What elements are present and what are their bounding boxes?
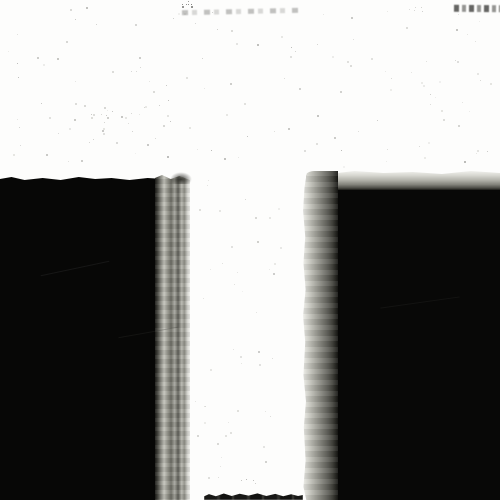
noise-dot: [476, 153, 477, 154]
noise-dot: [228, 422, 229, 423]
noise-dot: [430, 94, 431, 95]
noise-dot: [220, 466, 221, 467]
noise-dot: [197, 149, 198, 150]
noise-dot: [455, 60, 456, 61]
noise-dot: [74, 119, 76, 121]
noise-dot: [490, 83, 492, 85]
noise-dot: [304, 150, 306, 152]
noise-dot: [255, 483, 256, 484]
noise-dot: [207, 185, 208, 186]
noise-dot: [168, 100, 169, 101]
noise-dot: [159, 105, 160, 106]
noise-dot: [189, 127, 191, 129]
noise-dot: [231, 30, 233, 32]
noise-dot: [317, 44, 318, 45]
noise-dot: [91, 114, 92, 115]
noise-dot: [197, 435, 199, 437]
noise-dot: [70, 9, 72, 11]
noise-dot: [195, 23, 196, 24]
noise-dot: [217, 29, 218, 30]
noise-dot: [8, 51, 9, 52]
noise-dot: [419, 146, 420, 147]
noise-dot: [237, 410, 239, 412]
noise-dot: [212, 12, 213, 13]
noise-dot: [255, 217, 257, 219]
noise-dot: [155, 138, 156, 139]
noise-dot: [135, 24, 137, 26]
noise-dot: [391, 78, 392, 79]
noise-dot: [343, 166, 345, 168]
noise-dot: [128, 123, 129, 124]
noise-dot: [107, 110, 108, 111]
noise-dot: [104, 122, 105, 123]
noise-dot: [178, 13, 180, 15]
noise-dot: [75, 81, 76, 82]
noise-dot: [226, 114, 228, 116]
noise-dot: [182, 4, 183, 5]
noise-dot: [458, 14, 459, 15]
noise-dot: [464, 161, 466, 163]
noise-dot: [414, 10, 415, 11]
noise-dot: [75, 19, 76, 20]
noise-dot: [19, 127, 20, 128]
noise-dot: [290, 56, 292, 58]
noise-dot: [230, 83, 232, 85]
noise-dot: [358, 131, 359, 132]
noise-dot: [218, 477, 219, 478]
noise-dot: [224, 158, 226, 160]
noise-dot: [163, 125, 165, 127]
noise-dot: [170, 121, 171, 122]
noise-dot: [353, 39, 354, 40]
noise-dot: [188, 1, 189, 2]
noise-dot: [112, 71, 114, 73]
noise-dot: [390, 89, 392, 91]
noise-dot: [477, 73, 479, 75]
noise-dot: [269, 217, 271, 219]
noise-dot: [131, 113, 132, 114]
noise-dot: [13, 154, 15, 156]
noise-dot: [422, 11, 423, 12]
noise-dot: [240, 356, 242, 358]
noise-dot: [208, 180, 209, 181]
noise-dot: [247, 136, 248, 137]
noise-dot: [96, 24, 97, 25]
noise-dot: [41, 103, 42, 104]
noise-dot: [125, 117, 127, 119]
noise-dot: [435, 97, 436, 98]
noise-dot: [69, 128, 71, 130]
noise-dot: [291, 47, 292, 48]
noise-dot: [153, 91, 155, 93]
noise-dot: [225, 435, 227, 437]
noise-dot: [132, 131, 133, 132]
noise-dot: [102, 130, 104, 132]
noise-dot: [278, 208, 280, 210]
noise-dot: [222, 263, 223, 264]
noise-dot: [208, 477, 210, 479]
noise-dot: [274, 131, 275, 132]
noise-dot: [347, 61, 349, 63]
noise-dot: [424, 157, 426, 159]
noise-dot: [477, 150, 479, 152]
noise-dot: [191, 6, 193, 8]
noise-dot: [46, 154, 48, 156]
noise-dot: [256, 312, 257, 313]
noise-dot: [457, 61, 459, 63]
noise-dot: [75, 103, 77, 105]
noise-dot: [241, 363, 242, 364]
noise-dot: [487, 151, 488, 152]
noise-dot: [316, 143, 318, 145]
noise-dot: [84, 105, 86, 107]
noise-dot: [236, 43, 238, 45]
noise-dot: [334, 137, 336, 139]
noise-dot: [428, 142, 430, 144]
noise-dot: [49, 117, 51, 119]
noise-dot: [210, 369, 212, 371]
noise-dot: [107, 117, 109, 119]
noise-dot: [37, 57, 39, 59]
noise-dot: [135, 153, 136, 154]
noise-dot: [238, 157, 239, 158]
noise-dot: [199, 209, 201, 211]
noise-dot: [112, 111, 113, 112]
noise-dot: [203, 298, 204, 299]
noise-dot: [139, 114, 140, 115]
noise-dot: [231, 246, 233, 248]
noise-dot: [89, 142, 90, 143]
noise-dot: [257, 241, 259, 243]
noise-dot: [317, 115, 319, 117]
noise-dot: [475, 41, 476, 42]
noise-dot: [147, 144, 149, 146]
noise-dot: [93, 114, 95, 116]
noise-dot: [58, 133, 59, 134]
noise-dot: [439, 81, 441, 83]
noise-dot: [237, 272, 238, 273]
noise-dot: [91, 117, 93, 119]
noise-dot: [121, 116, 123, 118]
noise-dot: [467, 34, 468, 35]
noise-dot: [101, 114, 102, 115]
noise-dot: [281, 36, 283, 38]
noise-dot: [210, 269, 211, 270]
noise-dot: [57, 58, 59, 60]
noise-dot: [182, 6, 184, 8]
noise-dot: [93, 139, 94, 140]
noise-dot: [234, 284, 235, 285]
noise-dot: [139, 57, 141, 59]
noise-dot: [167, 156, 169, 158]
noise-dot: [221, 457, 222, 458]
noise-dot: [242, 291, 243, 292]
noise-dot: [265, 461, 267, 463]
noise-dot: [284, 78, 285, 79]
noise-dot: [81, 160, 83, 162]
noise-dot: [259, 364, 261, 366]
noise-dot: [131, 71, 132, 72]
noise-dot: [246, 479, 247, 480]
noise-dot: [332, 56, 334, 58]
noise-dot: [350, 65, 352, 67]
noise-dot: [263, 446, 265, 448]
noise-dot: [20, 145, 21, 146]
noise-dot: [149, 81, 150, 82]
noise-dot: [253, 480, 254, 481]
noise-dot: [17, 63, 18, 64]
noise-dot: [195, 401, 196, 402]
noise-dot: [406, 27, 408, 29]
noise-dot: [387, 11, 388, 12]
noise-dot: [441, 110, 443, 112]
noise-dot: [43, 64, 45, 66]
noise-dot: [458, 125, 460, 127]
noise-dot: [340, 91, 342, 93]
noise-dot: [323, 14, 324, 15]
noise-dot: [377, 120, 378, 121]
noise-dot: [274, 263, 276, 265]
noise-dot: [103, 133, 105, 135]
noise-dot: [469, 111, 470, 112]
noise-dot: [423, 85, 425, 87]
noise-dot: [140, 67, 141, 68]
noise-dot: [186, 77, 188, 79]
noise-dot: [17, 119, 18, 120]
noise-dot: [421, 7, 422, 8]
noise-dot: [166, 85, 167, 86]
noise-dot: [233, 349, 234, 350]
noise-dot: [244, 103, 246, 105]
noise-dot: [202, 58, 203, 59]
noise-dot: [273, 273, 275, 275]
noise-dot: [184, 13, 186, 15]
noise-dot: [385, 71, 386, 72]
noise-dot: [204, 88, 205, 89]
noise-dot: [68, 161, 69, 162]
noise-dot: [86, 7, 88, 9]
noise-dot: [269, 269, 270, 270]
scanned-page-photo: [0, 0, 500, 500]
noise-dot: [386, 161, 387, 162]
noise-dot: [211, 150, 212, 151]
noise-dot: [258, 351, 260, 353]
noise-dot: [17, 34, 18, 35]
noise-dot: [341, 150, 342, 151]
noise-dot: [265, 411, 266, 412]
noise-dot: [104, 107, 106, 109]
noise-dot: [415, 7, 416, 8]
noise-dot: [480, 80, 481, 81]
noise-dot: [241, 480, 242, 481]
noise-dot: [66, 41, 68, 43]
noise-dot: [204, 422, 206, 424]
noise-dot: [426, 61, 427, 62]
noise-dot: [219, 210, 221, 212]
noise-dot: [387, 149, 388, 150]
noise-dot: [409, 9, 410, 10]
noise-dot: [136, 71, 137, 72]
noise-dot: [245, 199, 246, 200]
noise-dot: [299, 88, 301, 90]
speckle-noise: [0, 0, 500, 500]
noise-dot: [116, 142, 118, 144]
noise-dot: [351, 17, 353, 19]
noise-dot: [371, 58, 373, 60]
noise-dot: [217, 443, 219, 445]
noise-dot: [421, 82, 423, 84]
noise-dot: [456, 29, 458, 31]
noise-dot: [188, 4, 189, 5]
noise-dot: [173, 18, 174, 19]
noise-dot: [270, 416, 271, 417]
noise-dot: [443, 119, 445, 121]
noise-dot: [430, 104, 431, 105]
noise-dot: [257, 44, 259, 46]
noise-dot: [272, 358, 273, 359]
noise-dot: [479, 21, 480, 22]
noise-dot: [167, 115, 169, 117]
noise-dot: [18, 77, 19, 78]
noise-dot: [411, 72, 412, 73]
noise-dot: [230, 432, 232, 434]
noise-dot: [295, 51, 296, 52]
noise-dot: [288, 128, 290, 130]
noise-dot: [462, 102, 463, 103]
noise-dot: [280, 247, 282, 249]
